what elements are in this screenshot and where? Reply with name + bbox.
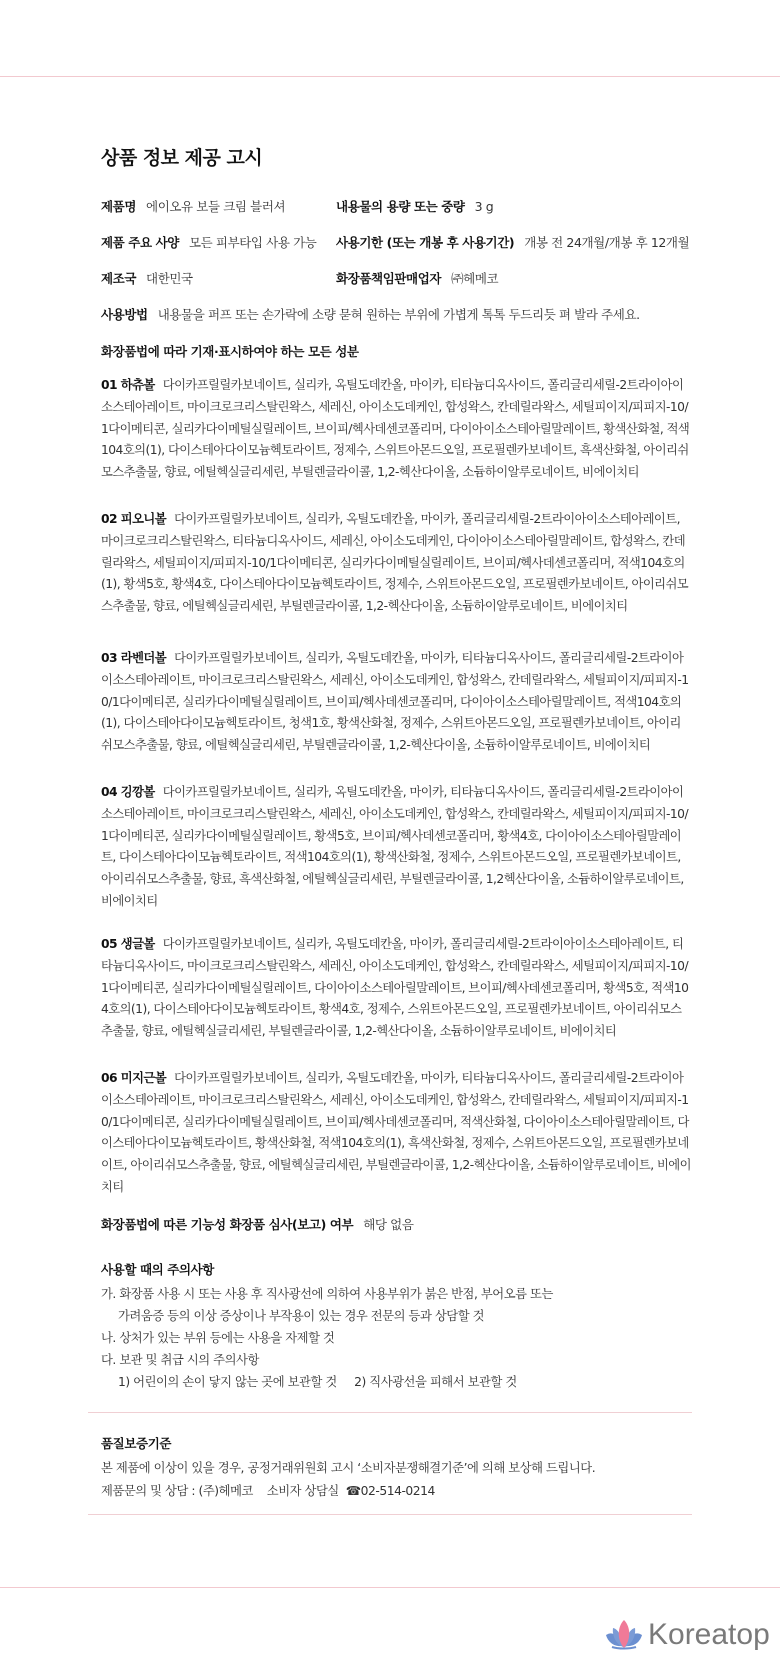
section-divider	[88, 1412, 692, 1413]
value: 3 g	[475, 199, 494, 214]
value: ㈜헤메코	[451, 271, 498, 286]
ingredient-text: 다이카프릴릴카보네이트, 실리카, 옥틸도데칸올, 마이카, 티타늄디옥사이드,…	[101, 1071, 691, 1194]
page-title: 상품 정보 제공 고시	[101, 143, 262, 170]
shade-name: 03 라벤더볼	[101, 651, 166, 665]
label: 사용기한 (또는 개봉 후 사용기간)	[336, 235, 514, 250]
top-divider	[0, 76, 780, 77]
label: 제품명	[101, 199, 136, 214]
info-origin: 제조국대한민국	[101, 269, 193, 287]
bottom-divider	[0, 1587, 780, 1588]
caution-line: 나. 상처가 있는 부위 등에는 사용을 자제할 것	[101, 1328, 334, 1346]
ingredient-block: 01 하츄볼다이카프릴릴카보네이트, 실리카, 옥틸도데칸올, 마이카, 티타늄…	[101, 375, 691, 484]
label: 제조국	[101, 271, 136, 286]
lotus-icon	[604, 1618, 644, 1652]
value: 에이오유 보들 크림 블러셔	[146, 199, 285, 214]
shade-name: 02 피오니볼	[101, 512, 166, 526]
label: 사용방법	[101, 307, 148, 322]
info-seller: 화장품책임판매업자㈜헤메코	[336, 269, 498, 287]
cautions-heading: 사용할 때의 주의사항	[101, 1260, 214, 1278]
shade-name: 05 생글볼	[101, 937, 155, 951]
contact-line: 제품문의 및 상담 : (주)헤메코 소비자 상담실 ☎02-514-0214	[101, 1481, 435, 1499]
caution-line: 가. 화장품 사용 시 또는 사용 후 직사광선에 의하여 사용부위가 붉은 반…	[101, 1284, 553, 1302]
ingredient-block: 05 생글볼다이카프릴릴카보네이트, 실리카, 옥틸도데칸올, 마이카, 폴리글…	[101, 934, 691, 1043]
shade-name: 06 미지근볼	[101, 1071, 166, 1085]
value: 대한민국	[146, 271, 193, 286]
ingredient-block: 03 라벤더볼다이카프릴릴카보네이트, 실리카, 옥틸도데칸올, 마이카, 티타…	[101, 648, 691, 757]
label: 화장품법에 따른 기능성 화장품 심사(보고) 여부	[101, 1217, 353, 1232]
info-usage: 사용방법내용물을 퍼프 또는 손가락에 소량 묻혀 원하는 부위에 가볍게 톡톡…	[101, 305, 640, 323]
info-product-name: 제품명에이오유 보들 크림 블러셔	[101, 197, 285, 215]
shade-name: 01 하츄볼	[101, 378, 155, 392]
value: 해당 없음	[363, 1217, 413, 1232]
value: 내용물을 퍼프 또는 손가락에 소량 묻혀 원하는 부위에 가볍게 톡톡 두드리…	[158, 307, 640, 322]
ingredient-block: 04 깅깡볼다이카프릴릴카보네이트, 실리카, 옥틸도데칸올, 마이카, 티타늄…	[101, 782, 691, 913]
ingredient-text: 다이카프릴릴카보네이트, 실리카, 옥틸도데칸올, 마이카, 티타늄디옥사이드,…	[101, 378, 689, 479]
ingredients-heading: 화장품법에 따라 기재·표시하여야 하는 모든 성분	[101, 342, 359, 360]
info-capacity: 내용물의 용량 또는 중량3 g	[336, 197, 493, 215]
ingredient-text: 다이카프릴릴카보네이트, 실리카, 옥틸도데칸올, 마이카, 티타늄디옥사이드,…	[101, 785, 688, 908]
label: 제품 주요 사양	[101, 235, 179, 250]
section-divider	[88, 1514, 692, 1515]
caution-line: 다. 보관 및 취급 시의 주의사항	[101, 1350, 259, 1368]
value: 개봉 전 24개월/개봉 후 12개월	[524, 235, 689, 250]
caution-line: 가려움증 등의 이상 증상이나 부작용이 있는 경우 전문의 등과 상담할 것	[118, 1306, 484, 1324]
functional-cosmetic-row: 화장품법에 따른 기능성 화장품 심사(보고) 여부해당 없음	[101, 1215, 414, 1233]
info-expiry: 사용기한 (또는 개봉 후 사용기간)개봉 전 24개월/개봉 후 12개월	[336, 233, 689, 251]
ingredient-block: 06 미지근볼다이카프릴릴카보네이트, 실리카, 옥틸도데칸올, 마이카, 티타…	[101, 1068, 691, 1199]
ingredient-block: 02 피오니볼다이카프릴릴카보네이트, 실리카, 옥틸도데칸올, 마이카, 폴리…	[101, 509, 691, 618]
quality-line: 본 제품에 이상이 있을 경우, 공정거래위원회 고시 ‘소비자분쟁해결기준’에…	[101, 1458, 595, 1476]
caution-line: 1) 어린이의 손이 닿지 않는 곳에 보관할 것 2) 직사광선을 피해서 보…	[118, 1372, 517, 1390]
label: 내용물의 용량 또는 중량	[336, 199, 465, 214]
ingredient-text: 다이카프릴릴카보네이트, 실리카, 옥틸도데칸올, 마이카, 티타늄디옥사이드,…	[101, 651, 689, 752]
label: 화장품책임판매업자	[336, 271, 441, 286]
value: 모든 피부타입 사용 가능	[189, 235, 316, 250]
quality-heading: 품질보증기준	[101, 1434, 171, 1452]
shade-name: 04 깅깡볼	[101, 785, 155, 799]
ingredient-text: 다이카프릴릴카보네이트, 실리카, 옥틸도데칸올, 마이카, 폴리글리세릴-2트…	[101, 937, 688, 1038]
info-spec: 제품 주요 사양모든 피부타입 사용 가능	[101, 233, 316, 251]
koreatop-logo: Koreatop	[604, 1618, 770, 1652]
ingredient-text: 다이카프릴릴카보네이트, 실리카, 옥틸도데칸올, 마이카, 폴리글리세릴-2트…	[101, 512, 688, 613]
logo-text: Koreatop	[648, 1618, 770, 1652]
